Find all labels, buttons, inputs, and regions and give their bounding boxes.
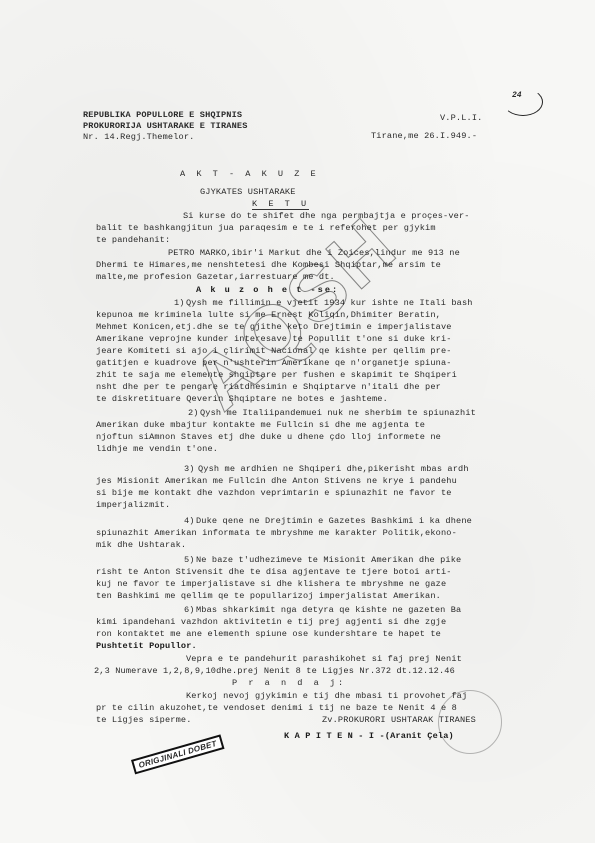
charge-6-line: Pushtetit Popullor. xyxy=(96,641,197,651)
charge-1-number: 1) xyxy=(174,298,185,308)
intro-line-1: Si kurse do te shifet dhe nga permbajtja… xyxy=(183,211,470,221)
legal-basis-line-2: 2,3 Numerave 1,2,8,9,10dhe.prej Nenit 8 … xyxy=(94,666,455,676)
charge-3-line: Qysh me ardhien ne Shqiperi dhe,pikerish… xyxy=(198,464,469,474)
charge-2-number: 2) xyxy=(188,408,199,418)
intro-line-3: te pandehanit: xyxy=(96,235,170,245)
request-line-2: pr te cilin akuzohet,te vendoset denimi … xyxy=(96,703,457,713)
header-line-prosecutor-office: PROKURORIJA USHTARAKE E TIRANES xyxy=(83,121,248,132)
charge-2-line: Amerikan duke mbajtur kontakte me Fullci… xyxy=(96,420,425,430)
request-line-1: Kerkoj nevoj gjykimin e tij dhe mbasi ti… xyxy=(186,691,467,701)
document-title: A K T - A K U Z E xyxy=(180,169,319,179)
header-line-republic: REPUBLIKA POPULLORE E SHQIPNIS xyxy=(83,110,248,121)
legal-basis-line-1: Vepra e te pandehurit parashikohet si fa… xyxy=(186,654,462,664)
charge-4-line: spiunazhit Amerikan informata te mbryshm… xyxy=(96,528,457,538)
charge-5-line: risht te Anton Stivensit dhe te disa agj… xyxy=(96,567,452,577)
issuing-authority-header: REPUBLIKA POPULLORE E SHQIPNIS PROKURORI… xyxy=(83,110,248,143)
charge-4-number: 4) xyxy=(184,516,195,526)
page-number-stamp: 24 xyxy=(503,88,543,116)
page-number: 24 xyxy=(512,91,522,100)
addressee-court: GJYKATES USHTARAKE xyxy=(200,187,296,197)
official-seal xyxy=(438,690,502,754)
charge-6-line: Mbas shkarkimit nga detyra qe kishte ne … xyxy=(196,605,461,615)
charge-2-line: njoftun siAmnon Staves etj dhe duke u dh… xyxy=(96,432,441,442)
charge-3-line: si bije me kontakt dhe vazhdon veprimtar… xyxy=(96,488,452,498)
document-page: REPUBLIKA POPULLORE E SHQIPNIS PROKURORI… xyxy=(0,0,595,843)
original-quality-stamp: ORIGJINALI DOBET xyxy=(131,734,224,774)
place-date: Tirane,me 26.I.949.- xyxy=(371,131,477,141)
charge-3-line: jes Misionit Amerikan me Fullcin dhe Ant… xyxy=(96,476,457,486)
charge-4-line: Duke qene ne Drejtimin e Gazetes Bashkim… xyxy=(196,516,472,526)
header-line-register-number: Nr. 14.Regj.Themelor. xyxy=(83,132,248,143)
charge-5-line: ten Bashkimi me qellim qe te popullarizo… xyxy=(96,591,441,601)
charge-5-line: Ne baze t'udhezimeve te Misionit Amerika… xyxy=(196,555,461,565)
signature-name: K A P I T E N - I -(Aranit Çela) xyxy=(284,731,454,741)
charge-2-line: lidhje me vendin t'one. xyxy=(96,444,218,454)
charge-5-line: kuj ne favor te imperjalistave si dhe kl… xyxy=(96,579,446,589)
therefore-heading: P r a n d a j: xyxy=(232,678,346,688)
charge-6-line: ron kontaktet me ane elementh spiune ose… xyxy=(96,629,441,639)
charge-6-line: kimi ipandehani vazhdon aktivitetin e ti… xyxy=(96,617,446,627)
charge-6-number: 6) xyxy=(184,605,195,615)
addressee-location: K E T U xyxy=(252,199,309,210)
charge-5-number: 5) xyxy=(184,555,195,565)
corner-code: V.P.L.I. xyxy=(440,113,482,123)
charge-3-number: 3) xyxy=(184,464,195,474)
charge-3-line: imperjalizmit. xyxy=(96,500,170,510)
request-line-3: te Ligjes siperme. xyxy=(96,715,192,725)
charge-4-line: mik dhe Ushtarak. xyxy=(96,540,186,550)
